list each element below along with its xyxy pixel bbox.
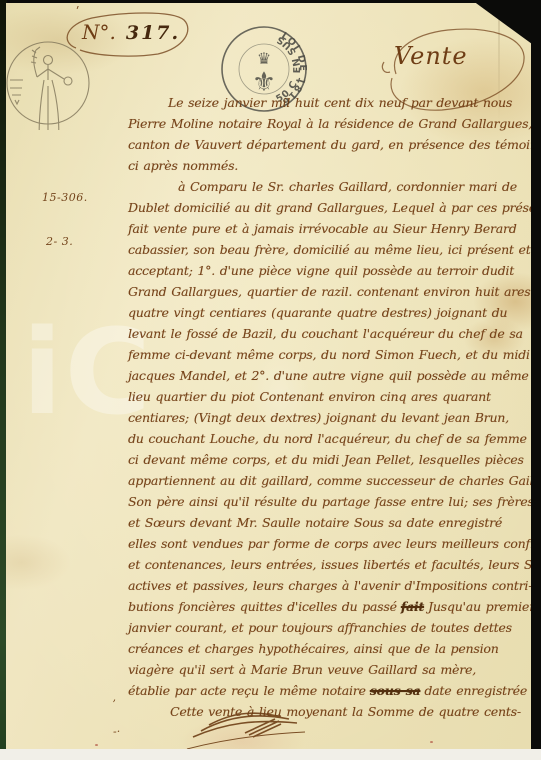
line-post: Jusqu'au premier — [428, 599, 535, 614]
scan-bottom-margin — [0, 749, 541, 760]
line-pre: établie par acte reçu le même notaire — [128, 683, 366, 698]
manuscript-line: créances et charges hypothécaires, ainsi… — [128, 641, 526, 662]
act-number-text: N°.317. — [82, 20, 180, 44]
manuscript-line: et contenances, leurs entrées, issues li… — [128, 557, 526, 578]
paper-stain — [430, 741, 433, 743]
stray-ink-mark: ʹ — [76, 5, 79, 19]
timbre-engraving — [7, 42, 89, 130]
manuscript-line: ci devant même corps, et du midi Jean Pe… — [128, 452, 526, 473]
stray-ink-mark: ʼ — [112, 698, 116, 711]
manuscript-line: cabassier, son beau frère, domicilié au … — [128, 242, 526, 263]
strikethrough-word: sous sa — [370, 683, 421, 698]
manuscript-line: et Sœurs devant Mr. Saulle notaire Sous … — [128, 515, 526, 536]
strikethrough-word: fait — [401, 599, 424, 614]
timbre-denomination: 75c — [12, 129, 28, 130]
timbre-stamp-standing-figure-icon: 75c — [6, 38, 92, 130]
manuscript-line: janvier courant, et pour toujours affran… — [128, 620, 526, 641]
manuscript-line: lieu quartier du piot Contenant environ … — [128, 389, 526, 410]
paper-stain — [95, 744, 98, 746]
manuscript-line: acceptant; 1°. d'une pièce vigne quil po… — [128, 263, 526, 284]
paper-sheet: N°.317. 75c — [6, 3, 531, 749]
manuscript-line: Pierre Moline notaire Royal à la résiden… — [128, 116, 526, 137]
notary-paraph-icon — [185, 703, 325, 751]
manuscript-line-with-strikeout: établie par acte reçu le même notairesou… — [128, 683, 526, 704]
manuscript-line: fait vente pure et à jamais irrévocable … — [128, 221, 526, 242]
fleur-de-lis-icon: ⚜ — [252, 67, 276, 98]
manuscript-line: du couchant Louche, du nord l'acquéreur,… — [128, 431, 526, 452]
manuscript-line: quatre vingt centiares (quarante quatre … — [128, 305, 526, 326]
manuscript-line: femme ci-devant même corps, du nord Simo… — [128, 347, 526, 368]
manuscript-line: appartiennent au dit gaillard, comme suc… — [128, 473, 526, 494]
manuscript-line: jacques Mandel, et 2°. d'une autre vigne… — [128, 368, 526, 389]
manuscript-line: Son père ainsi qu'il résulte du partage … — [128, 494, 526, 515]
scanned-document: N°.317. 75c — [0, 0, 541, 760]
stray-ink-mark: -· — [113, 725, 120, 738]
line-pre: butions foncières quittes d'icelles du p… — [128, 599, 397, 614]
manuscript-line: Le seize janvier mil huit cent dix neuf … — [128, 95, 526, 116]
margin-note-fees: 2- 3. — [46, 235, 73, 248]
manuscript-line: viagère qu'il sert à Marie Brun veuve Ga… — [128, 662, 526, 683]
manuscript-line: Grand Gallargues, quartier de razil. con… — [128, 284, 526, 305]
manuscript-line: à Comparu le Sr. charles Gaillard, cordo… — [128, 179, 526, 200]
manuscript-line: Dublet domicilié au dit grand Gallargues… — [128, 200, 526, 221]
manuscript-line: actives et passives, leurs charges à l'a… — [128, 578, 526, 599]
crown-icon: ♛ — [257, 49, 271, 68]
manuscript-line: elles sont vendues par forme de corps av… — [128, 536, 526, 557]
manuscript-body: Le seize janvier mil huit cent dix neuf … — [128, 95, 526, 725]
line-post: date enregistrée — [424, 683, 527, 698]
act-number-value: 317. — [126, 22, 180, 44]
margin-note-registry: 15-306. — [42, 191, 88, 204]
scan-edge — [0, 0, 7, 752]
manuscript-line: levant le fossé de Bazil, du couchant l'… — [128, 326, 526, 347]
manuscript-line: ci après nommés. — [128, 158, 526, 179]
doc-type-title: Vente — [394, 42, 468, 70]
manuscript-line: canton de Vauvert département du gard, e… — [128, 137, 526, 158]
manuscript-line-with-strikeout: butions foncières quittes d'icelles du p… — [128, 599, 526, 620]
manuscript-line: centiares; (Vingt deux dextres) joignant… — [128, 410, 526, 431]
